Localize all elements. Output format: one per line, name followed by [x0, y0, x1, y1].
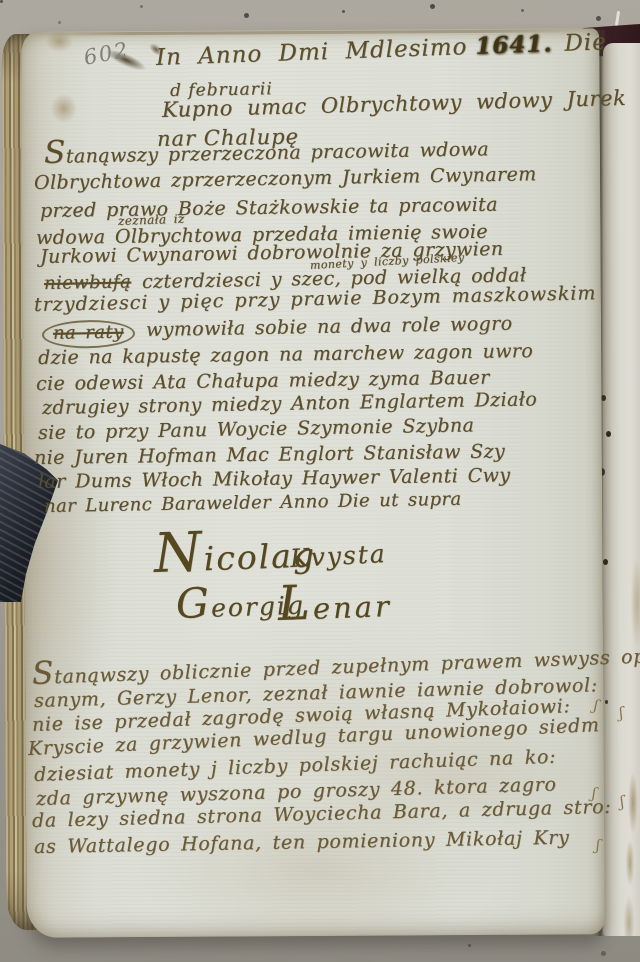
- gutter-ink-specks: [0, 0, 3, 4]
- struck-out-word: niewbufą: [44, 271, 131, 294]
- signature-last-name: Lenar: [277, 584, 392, 627]
- backdrop-scratch: [615, 11, 620, 26]
- heading-date-post: Die: [564, 29, 607, 56]
- signature-last-name: Kvysta: [289, 539, 387, 573]
- photo-of-manuscript-page: { "page": { "pencil_number": "602" }, "h…: [0, 0, 640, 962]
- heading-year: 1641.: [475, 30, 553, 60]
